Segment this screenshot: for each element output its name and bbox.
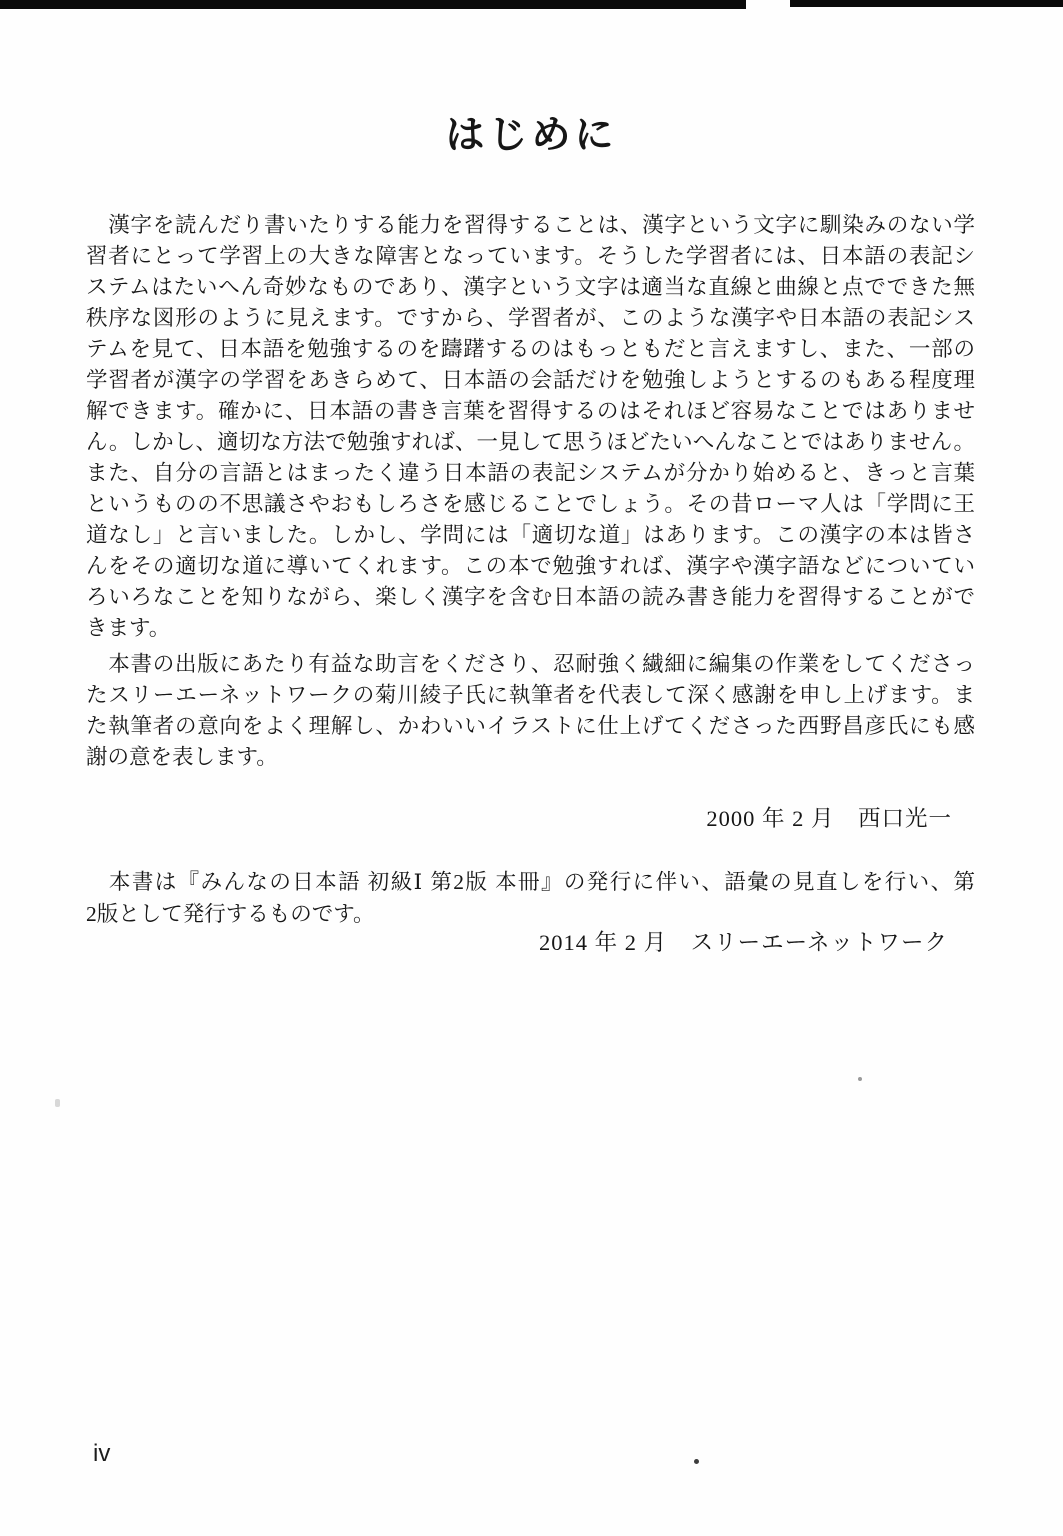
- text-line: 本書は『みんなの日本語 初級Ⅰ 第2版 本冊』の発行に伴い、語彙の見直しを行い、…: [86, 866, 975, 898]
- scan-artifact-bar-right: [790, 0, 1063, 7]
- text-line: 解できます。確かに、日本語の書き言葉を習得するのはそれほど容易なことではありませ: [86, 396, 975, 427]
- text-line: というものの不思議さやおもしろさを感じることでしょう。その昔ローマ人は「学問に王: [86, 489, 975, 520]
- text-line: テムを見て、日本語を勉強するのを躊躇するのはもっともだと言えますし、また、一部の: [86, 334, 975, 365]
- paragraph-introduction: 漢字を読んだり書いたりする能力を習得することは、漢字という文字に馴染みのない学習…: [86, 210, 975, 644]
- date-signature-publisher: 2014 年 2 月 スリーエーネットワーク: [539, 925, 948, 957]
- text-line: ステムはたいへん奇妙なものであり、漢字という文字は適当な直線と曲線と点でできた無: [86, 272, 975, 303]
- text-line: 学習者が漢字の学習をあきらめて、日本語の会話だけを勉強しようとするのもある程度理: [86, 365, 975, 396]
- text-line: ん。しかし、適切な方法で勉強すれば、一見して思うほどたいへんなことではありません…: [86, 427, 975, 458]
- text-line: た執筆者の意向をよく理解し、かわいいイラストに仕上げてくださった西野昌彦氏にも感: [86, 711, 975, 742]
- text-line: 習者にとって学習上の大きな障害となっています。そうした学習者には、日本語の表記シ: [86, 241, 975, 272]
- preface-title: はじめに: [0, 104, 1063, 160]
- page-number: iv: [93, 1440, 110, 1468]
- text-line: たスリーエーネットワークの菊川綾子氏に執筆者を代表して深く感謝を申し上げます。ま: [86, 680, 975, 711]
- scan-speck: [858, 1077, 862, 1081]
- text-line: また、自分の言語とはまったく違う日本語の表記システムが分かり始めると、きっと言葉: [86, 458, 975, 489]
- paragraph-acknowledgements: 本書の出版にあたり有益な助言をくださり、忍耐強く繊細に編集の作業をしてくださった…: [86, 649, 975, 773]
- text-line: きます。: [86, 613, 975, 644]
- text-line: 謝の意を表します。: [86, 742, 975, 773]
- text-line: 本書の出版にあたり有益な助言をくださり、忍耐強く繊細に編集の作業をしてくださっ: [86, 649, 975, 680]
- text-line: 道なし」と言いました。しかし、学問には「適切な道」はあります。この漢字の本は皆さ: [86, 520, 975, 551]
- text-line: ろいろなことを知りながら、楽しく漢字を含む日本語の読み書き能力を習得することがで: [86, 582, 975, 613]
- date-signature-author: 2000 年 2 月 西口光一: [706, 801, 952, 833]
- text-line: 漢字を読んだり書いたりする能力を習得することは、漢字という文字に馴染みのない学: [86, 210, 975, 241]
- text-line: 秩序な図形のように見えます。ですから、学習者が、このような漢字や日本語の表記シス: [86, 303, 975, 334]
- preface-page: はじめに 漢字を読んだり書いたりする能力を習得することは、漢字という文字に馴染み…: [0, 0, 1063, 1536]
- scan-artifact-bar-left: [0, 0, 746, 9]
- scan-speck: [55, 1099, 60, 1107]
- paragraph-second-edition-note: 本書は『みんなの日本語 初級Ⅰ 第2版 本冊』の発行に伴い、語彙の見直しを行い、…: [86, 866, 975, 930]
- text-line: んをその適切な道に導いてくれます。この本で勉強すれば、漢字や漢字語などについてい: [86, 551, 975, 582]
- scan-speck: [694, 1459, 699, 1464]
